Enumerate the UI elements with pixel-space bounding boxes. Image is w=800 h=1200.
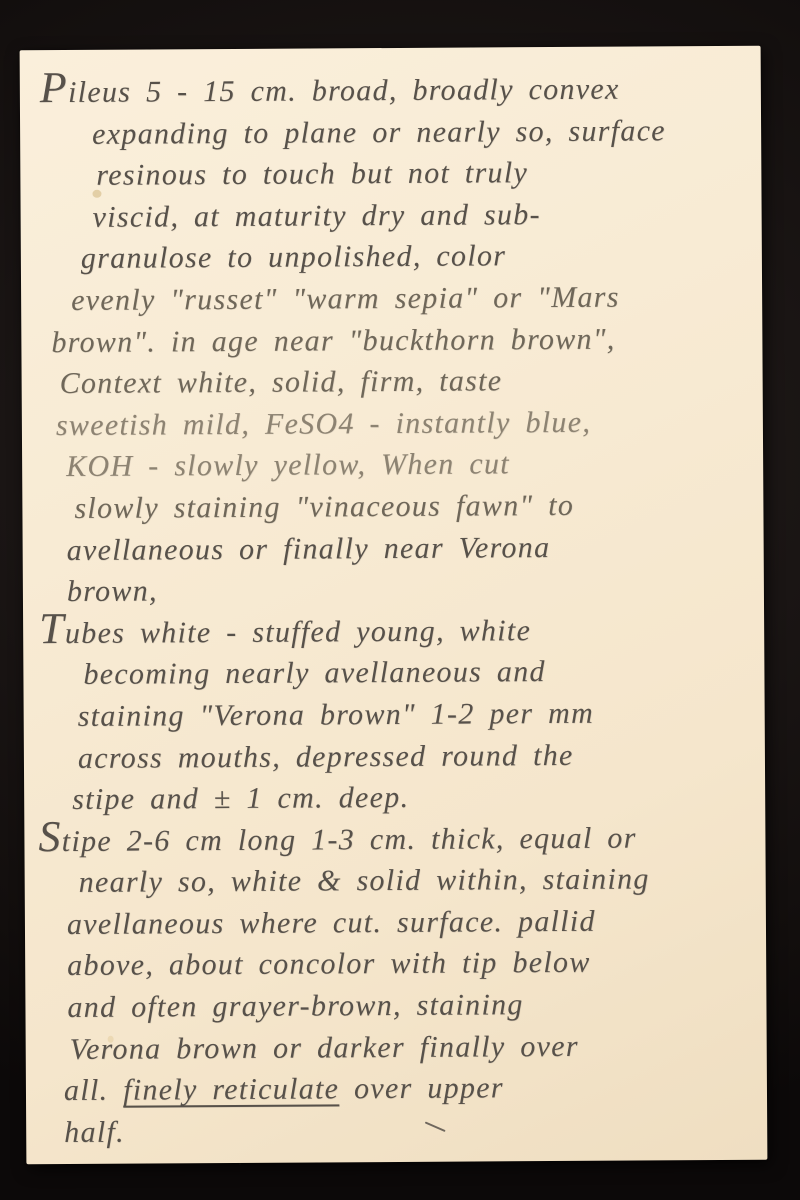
handwritten-line: all. finely reticulate over upper	[64, 1066, 761, 1112]
handwritten-line: becoming nearly avellaneous and	[83, 650, 758, 696]
handwritten-line: and often grayer-brown, staining	[67, 983, 760, 1029]
handwritten-line: Stipe 2-6 cm long 1-3 cm. thick, equal o…	[38, 816, 759, 862]
line-segment: all.	[64, 1074, 123, 1107]
handwritten-line: sweetish mild, FeSO4 - instantly blue,	[56, 401, 757, 447]
line-segment: over upper	[339, 1072, 504, 1106]
handwritten-line: staining "Verona brown" 1-2 per mm	[78, 692, 759, 738]
handwritten-line: evenly "russet" "warm sepia" or "Mars	[71, 276, 756, 322]
handwritten-line: above, about concolor with tip below	[67, 941, 760, 987]
index-card: Pileus 5 - 15 cm. broad, broadly convex …	[20, 46, 768, 1165]
handwritten-line: KOH - slowly yellow, When cut	[66, 442, 757, 488]
handwritten-line: Verona brown or darker finally over	[70, 1024, 761, 1070]
handwritten-line: Tubes white - stuffed young, white	[39, 608, 758, 654]
handwritten-line: brown,	[67, 567, 758, 613]
card-blemish	[92, 190, 101, 198]
handwritten-line: half.	[64, 1108, 761, 1154]
handwritten-line: expanding to plane or nearly so, surface	[92, 109, 755, 155]
handwritten-line: slowly staining "vinaceous fawn" to	[74, 484, 757, 530]
handwritten-text: Pileus 5 - 15 cm. broad, broadly convex …	[34, 68, 762, 1154]
handwritten-line: granulose to unpolished, color	[81, 234, 756, 280]
paragraph-tubes: Tubes white - stuffed young, white becom…	[37, 608, 759, 820]
card-blemish	[108, 1036, 114, 1043]
handwritten-line: nearly so, white & solid within, stainin…	[79, 858, 760, 904]
handwritten-line: across mouths, depressed round the	[78, 733, 759, 779]
handwritten-line: avellaneous where cut. surface. pallid	[67, 900, 760, 946]
handwritten-line: avellaneous or finally near Verona	[67, 525, 758, 571]
paragraph-stipe: Stipe 2-6 cm long 1-3 cm. thick, equal o…	[38, 816, 761, 1153]
handwritten-line: Pileus 5 - 15 cm. broad, broadly convex	[40, 68, 755, 114]
handwritten-line: Context white, solid, firm, taste	[60, 359, 757, 405]
handwritten-line: stipe and ± 1 cm. deep.	[72, 775, 759, 821]
handwritten-line: viscid, at maturity dry and sub-	[92, 193, 755, 239]
paragraph-pileus: Pileus 5 - 15 cm. broad, broadly convex …	[34, 68, 758, 613]
underlined-phrase: finely reticulate	[123, 1073, 339, 1107]
handwritten-line: resinous to touch but not truly	[96, 151, 755, 197]
handwritten-line: brown". in age near "buckthorn brown",	[51, 317, 756, 363]
photo-background: Pileus 5 - 15 cm. broad, broadly convex …	[0, 0, 800, 1200]
